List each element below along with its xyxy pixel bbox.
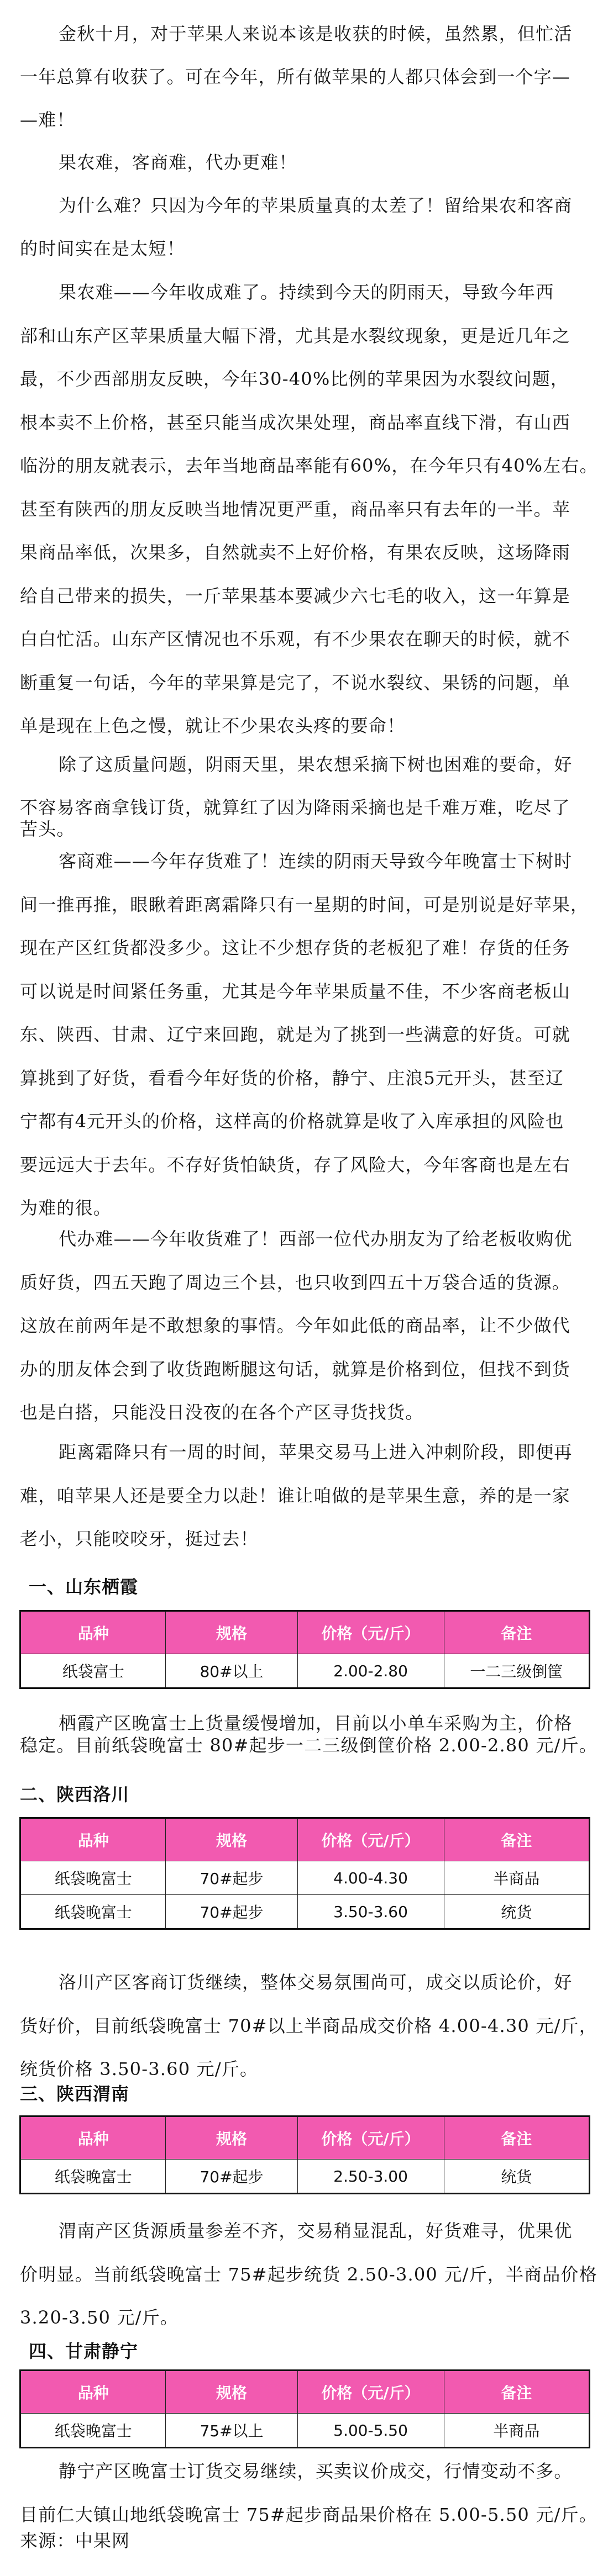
column-header-spec: 规格 [166, 2371, 297, 2414]
text-line: 老小，只能咬咬牙，挺过去！ [20, 1517, 589, 1561]
paragraph-intro: 金秋十月，对于苹果人来说本该是收获的时候，虽然累，但忙活 一年总算有收获了。可在… [20, 12, 589, 141]
text-line: 宁都有4元开头的价格，这样高的价格就算是收了入库承担的风险也 [20, 1100, 589, 1143]
column-header-variety: 品种 [20, 2371, 166, 2414]
cell-price: 5.00-5.50 [297, 2414, 444, 2448]
cell-variety: 纸袋晚富士 [20, 1861, 166, 1895]
cell-variety: 纸袋晚富士 [20, 2160, 166, 2194]
cell-spec: 70#起步 [166, 2160, 297, 2194]
region-summary-jingning: 静宁产区晚富士订货交易继续，买卖议价成交，行情变动不多。 目前仁大镇山地纸袋晚富… [20, 2450, 589, 2536]
text-line: 果农难——今年收成难了。持续到今天的阴雨天，导致今年西 [20, 271, 589, 314]
paragraph-why: 为什么难？只因为今年的苹果质量真的太差了！留给果农和客商 的时间实在是太短！ [20, 184, 589, 270]
text-line: —难！ [20, 98, 589, 141]
cell-note: 半商品 [444, 2414, 590, 2448]
text-line: 稳定。目前纸袋晚富士 80#起步一二三级倒筐价格 2.00-2.80 元/斤。 [20, 1734, 589, 1756]
cell-variety: 纸袋晚富士 [20, 2414, 166, 2448]
region-heading-qixia: 一、山东栖霞 [29, 1573, 138, 1598]
text-line: 果商品率低，次果多，自然就卖不上好价格，有果农反映，这场降雨 [20, 531, 589, 574]
table-row: 纸袋晚富士 70#起步 2.50-3.00 统货 [20, 2160, 590, 2194]
column-header-price: 价格（元/斤） [297, 2116, 444, 2160]
price-table-weinan: 品种 规格 价格（元/斤） 备注 纸袋晚富士 70#起步 2.50-3.00 统… [19, 2115, 590, 2194]
table-row: 纸袋晚富士 75#以上 5.00-5.50 半商品 [20, 2414, 590, 2448]
text-line: 静宁产区晚富士订货交易继续，买卖议价成交，行情变动不多。 [20, 2450, 589, 2493]
text-line: 客商难——今年存货难了！连续的阴雨天导致今年晚富士下树时 [20, 840, 589, 883]
column-header-spec: 规格 [166, 1818, 297, 1861]
paragraph-agents: 代办难——今年收货难了！西部一位代办朋友为了给老板收购优 质好货，四五天跑了周边… [20, 1217, 589, 1434]
text-line: 一年总算有收获了。可在今年，所有做苹果的人都只体会到一个字— [20, 55, 589, 98]
text-line: 办的朋友体会到了收货跑断腿这句话，就算是价格到位，但找不到货 [20, 1348, 589, 1391]
column-header-note: 备注 [444, 2371, 590, 2414]
text-line: 代办难——今年收货难了！西部一位代办朋友为了给老板收购优 [20, 1217, 589, 1261]
paragraph-merchants: 客商难——今年存货难了！连续的阴雨天导致今年晚富士下树时 间一推再推，眼瞅着距离… [20, 840, 589, 1230]
table-row: 纸袋晚富士 70#起步 3.50-3.60 统货 [20, 1895, 590, 1929]
text-line: 果农难，客商难，代办更难！ [20, 141, 589, 184]
column-header-spec: 规格 [166, 1611, 297, 1654]
text-line: 间一推再推，眼瞅着距离霜降只有一星期的时间，可是别说是好苹果， [20, 883, 589, 927]
column-header-variety: 品种 [20, 1611, 166, 1654]
price-table-jingning: 品种 规格 价格（元/斤） 备注 纸袋晚富士 75#以上 5.00-5.50 半… [19, 2369, 590, 2448]
region-heading-luochuan: 二、陕西洛川 [20, 1781, 129, 1806]
text-line: 可以说是时间紧任务重，尤其是今年苹果质量不佳，不少客商老板山 [20, 970, 589, 1013]
column-header-price: 价格（元/斤） [297, 1818, 444, 1861]
text-line: 东、陕西、甘肃、辽宁来回跑，就是为了挑到一些满意的好货。可就 [20, 1013, 589, 1057]
column-header-spec: 规格 [166, 2116, 297, 2160]
region-heading-jingning: 四、甘肃静宁 [29, 2337, 138, 2363]
text-line: 金秋十月，对于苹果人来说本该是收获的时候，虽然累，但忙活 [20, 12, 589, 55]
text-line: 为什么难？只因为今年的苹果质量真的太差了！留给果农和客商 [20, 184, 589, 227]
column-header-price: 价格（元/斤） [297, 2371, 444, 2414]
text-line: 要远远大于去年。不存好货怕缺货，存了风险大，今年客商也是左右 [20, 1143, 589, 1187]
text-line: 距离霜降只有一周的时间，苹果交易马上进入冲刺阶段，即便再 [20, 1430, 589, 1474]
cell-spec: 75#以上 [166, 2414, 297, 2448]
paragraph-farmers: 果农难——今年收成难了。持续到今天的阴雨天，导致今年西 部和山东产区苹果质量大幅… [20, 271, 589, 748]
region-summary-weinan: 渭南产区货源质量参差不齐，交易稍显混乱，好货难寻，优果优 价明显。当前纸袋晚富士… [20, 2209, 589, 2340]
text-line: 价明显。当前纸袋晚富士 75#起步统货 2.50-3.00 元/斤，半商品价格 [20, 2253, 589, 2297]
text-line: 货好价，目前纸袋晚富士 70#以上半商品成交价格 4.00-4.30 元/斤， [20, 2004, 589, 2048]
cell-note: 统货 [444, 2160, 590, 2194]
price-table-luochuan: 品种 规格 价格（元/斤） 备注 纸袋晚富士 70#起步 4.00-4.30 半… [19, 1817, 590, 1930]
text-line: 根本卖不上价格，甚至只能当成次果处理，商品率直线下滑，有山西 [20, 401, 589, 445]
text-line: 难，咱苹果人还是要全力以赴！谁让咱做的是苹果生意，养的是一家 [20, 1474, 589, 1518]
region-summary-qixia: 栖霞产区晚富士上货量缓慢增加，目前以小单车采购为主，价格 稳定。目前纸袋晚富士 … [20, 1712, 589, 1756]
column-header-note: 备注 [444, 1818, 590, 1861]
cell-price: 3.50-3.60 [297, 1895, 444, 1929]
cell-spec: 70#起步 [166, 1895, 297, 1929]
table-row: 纸袋富士 80#以上 2.00-2.80 一二三级倒筐 [20, 1654, 590, 1688]
cell-variety: 纸袋富士 [20, 1654, 166, 1688]
table-header-row: 品种 规格 价格（元/斤） 备注 [20, 2371, 590, 2414]
cell-note: 统货 [444, 1895, 590, 1929]
text-line: 单是现在上色之慢，就让不少果农头疼的要命！ [20, 704, 589, 748]
text-line: 渭南产区货源质量参差不齐，交易稍显混乱，好货难寻，优果优 [20, 2209, 589, 2253]
column-header-price: 价格（元/斤） [297, 1611, 444, 1654]
cell-variety: 纸袋晚富士 [20, 1895, 166, 1929]
text-line: 质好货，四五天跑了周边三个县，也只收到四五十万袋合适的货源。 [20, 1261, 589, 1305]
paragraph-closing: 距离霜降只有一周的时间，苹果交易马上进入冲刺阶段，即便再 难，咱苹果人还是要全力… [20, 1430, 589, 1561]
text-line: 3.20-3.50 元/斤。 [20, 2296, 589, 2340]
text-line: 栖霞产区晚富士上货量缓慢增加，目前以小单车采购为主，价格 [20, 1712, 589, 1734]
text-line: 算挑到了好货，看看今年好货的价格，静宁、庄浪5元开头，甚至辽 [20, 1057, 589, 1100]
text-line: 也是白搭，只能没日没夜的在各个产区寻货找货。 [20, 1391, 589, 1434]
text-line: 不容易客商拿钱订货，就算红了因为降雨采摘也是千难万难，吃尽了 [20, 786, 589, 829]
column-header-note: 备注 [444, 1611, 590, 1654]
paragraph-rain: 除了这质量问题，阴雨天里，果农想采摘下树也困难的要命，好 不容易客商拿钱订货，就… [20, 743, 589, 840]
text-line: 现在产区红货都没多少。这让不少想存货的老板犯了难！存货的任务 [20, 926, 589, 970]
text-line: 最，不少西部朋友反映，今年30-40%比例的苹果因为水裂纹问题， [20, 357, 589, 401]
column-header-variety: 品种 [20, 1818, 166, 1861]
paragraph-summary: 果农难，客商难，代办更难！ [20, 141, 589, 184]
text-line: 断重复一句话，今年的苹果算是完了，不说水裂纹、果锈的问题，单 [20, 661, 589, 705]
text-line: 这放在前两年是不敢想象的事情。今年如此低的商品率，让不少做代 [20, 1304, 589, 1348]
cell-note: 半商品 [444, 1861, 590, 1895]
region-heading-weinan: 三、陕西渭南 [20, 2080, 129, 2105]
text-line: 给自己带来的损失，一斤苹果基本要减少六七毛的收入，这一年算是 [20, 574, 589, 618]
text-line: 除了这质量问题，阴雨天里，果农想采摘下树也困难的要命，好 [20, 743, 589, 786]
price-table-qixia: 品种 规格 价格（元/斤） 备注 纸袋富士 80#以上 2.00-2.80 一二… [19, 1610, 590, 1689]
column-header-variety: 品种 [20, 2116, 166, 2160]
text-line: 临汾的朋友就表示，去年当地商品率能有60%，在今年只有40%左右。 [20, 444, 589, 488]
source-attribution: 来源：中果网 [20, 2527, 130, 2552]
text-line: 白白忙活。山东产区情况也不乐观，有不少果农在聊天的时候，就不 [20, 617, 589, 661]
text-line: 甚至有陕西的朋友反映当地情况更严重，商品率只有去年的一半。苹 [20, 488, 589, 531]
cell-spec: 70#起步 [166, 1861, 297, 1895]
cell-spec: 80#以上 [166, 1654, 297, 1688]
table-header-row: 品种 规格 价格（元/斤） 备注 [20, 1611, 590, 1654]
text-line: 的时间实在是太短！ [20, 227, 589, 270]
region-summary-luochuan: 洛川产区客商订货继续，整体交易氛围尚可，成交以质论价，好 货好价，目前纸袋晚富士… [20, 1961, 589, 2091]
table-header-row: 品种 规格 价格（元/斤） 备注 [20, 1818, 590, 1861]
text-line: 部和山东产区苹果质量大幅下滑，尤其是水裂纹现象，更是近几年之 [20, 314, 589, 358]
table-header-row: 品种 规格 价格（元/斤） 备注 [20, 2116, 590, 2160]
text-line: 洛川产区客商订货继续，整体交易氛围尚可，成交以质论价，好 [20, 1961, 589, 2004]
cell-price: 2.50-3.00 [297, 2160, 444, 2194]
cell-price: 4.00-4.30 [297, 1861, 444, 1895]
table-row: 纸袋晚富士 70#起步 4.00-4.30 半商品 [20, 1861, 590, 1895]
cell-price: 2.00-2.80 [297, 1654, 444, 1688]
cell-note: 一二三级倒筐 [444, 1654, 590, 1688]
column-header-note: 备注 [444, 2116, 590, 2160]
